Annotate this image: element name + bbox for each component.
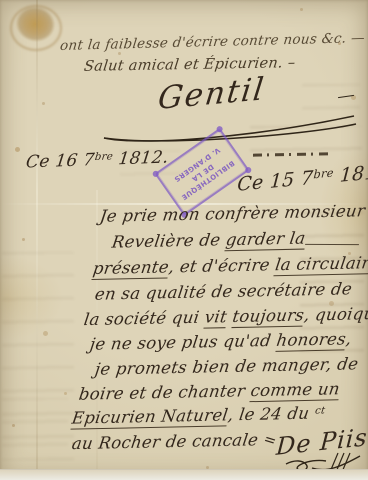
body-line-10: au Rocher de cancale= — [71, 430, 279, 453]
underlined-word: honores — [275, 329, 347, 352]
underlined-word: garder la — [224, 229, 306, 252]
date-text: Ce 16 7 — [25, 150, 96, 172]
underlined-word: comme un — [249, 379, 341, 402]
underlined-word: vit — [203, 307, 228, 329]
body-text: au Rocher de cancale — [71, 430, 260, 453]
abbreviation-superscript: ct — [314, 405, 326, 416]
body-text: , et d'écrire — [168, 255, 277, 276]
body-text: , le 24 du — [227, 404, 316, 425]
body-text: je promets bien de manger, de — [94, 354, 360, 379]
body-text: en sa qualité de secrétaire de — [94, 279, 354, 303]
date-superscript: bre — [313, 165, 334, 181]
underlined-word: toujours — [231, 306, 305, 329]
body-line-2: Revelière de garder la — [111, 227, 361, 251]
body-text: boire et de chanter — [78, 381, 252, 404]
body-text: , — [345, 329, 353, 348]
date-text: 1812. — [112, 147, 170, 169]
body-line-9: Epicurien Naturel, le 24 du ct — [71, 403, 327, 427]
date-left: Ce 16 7bre 1812. — [25, 147, 170, 172]
bleedthrough-text — [2, 398, 68, 456]
date-superscript: bre — [94, 151, 114, 163]
foxing-speckles — [0, 0, 3, 3]
body-text: la société qui — [83, 308, 206, 330]
body-line-6: je ne soye plus qu'ad honores, — [89, 329, 353, 354]
body-line-7: je promets bien de manger, de — [94, 354, 360, 379]
date-text: 1812 — [333, 160, 368, 187]
date-right: Ce 15 7bre 1812 — [237, 160, 368, 196]
body-line-3: présente, et d'écrire la circulaire — [92, 253, 368, 278]
body-text: je ne soye plus qu'ad — [89, 331, 278, 354]
pen-dash — [338, 95, 354, 98]
letter-closing-line: ont la faiblesse d'écrire contre nous &c… — [59, 30, 366, 54]
body-text: Revelière de — [111, 230, 228, 251]
stamp-text: BIBLIOTHÈQUE DE LA V. D'ANGERS — [168, 143, 235, 201]
handwritten-letter-page: ont la faiblesse d'écrire contre nous &c… — [0, 0, 368, 480]
underlined-word: la circulaire — [274, 253, 368, 276]
bleedthrough-text — [2, 252, 74, 460]
body-line-8: boire et de chanter comme un — [78, 379, 341, 404]
underlined-word: présente — [91, 257, 170, 280]
body-text: , quoique — [303, 304, 368, 325]
body-line-5: la société qui vit toujours, quoique — [83, 304, 368, 329]
underlined-word: Epicurien Naturel — [70, 405, 229, 429]
crossed-out-dashes — [253, 152, 333, 156]
vertical-fold-crease — [36, 0, 38, 480]
pen-flourish-tail — [305, 244, 359, 245]
signature-gentil: Gentil — [156, 71, 267, 117]
body-line-4: en sa qualité de secrétaire de — [94, 279, 354, 303]
paper-bottom-edge — [0, 469, 368, 480]
